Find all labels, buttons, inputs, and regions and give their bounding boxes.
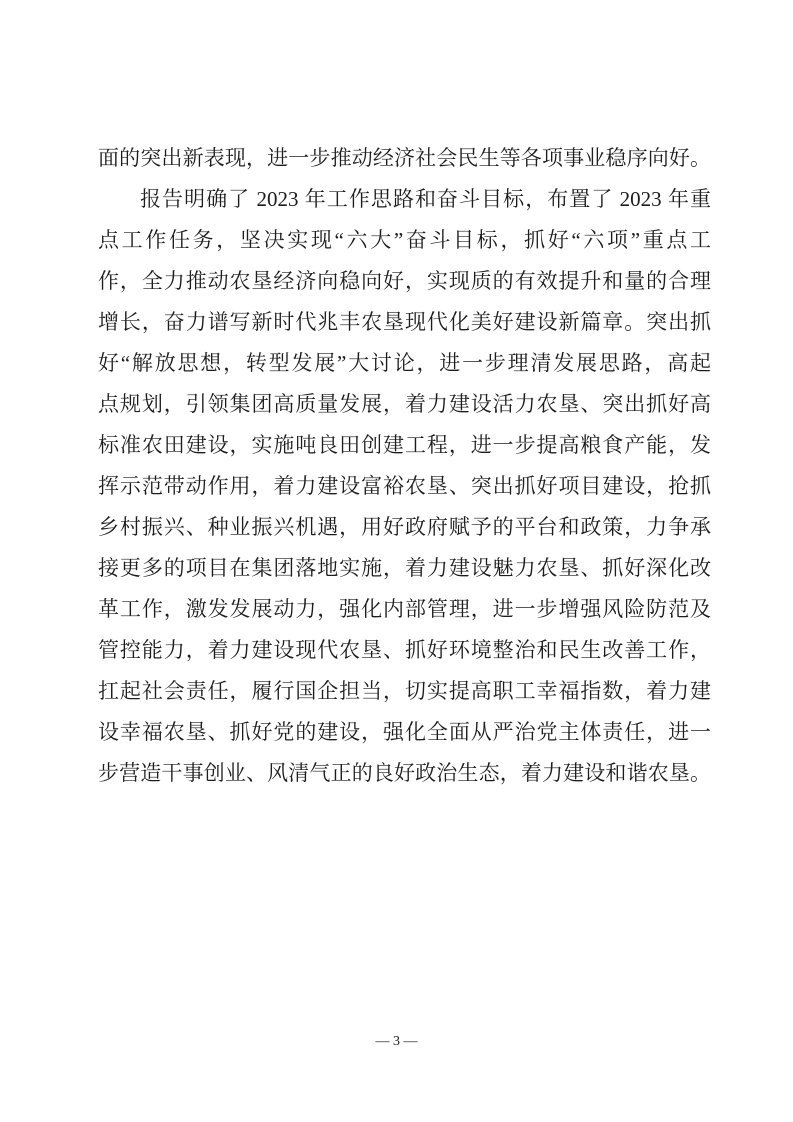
document-body: 面的突出新表现，进一步推动经济社会民生等各项事业稳序向好。 报告明确了 2023… xyxy=(98,138,711,794)
page-number: — 3 — xyxy=(0,1031,793,1053)
text-line: 增长，奋力谱写新时代兆丰农垦现代化美好建设新篇章。突出抓 xyxy=(98,302,711,343)
text-line: 扛起社会责任，履行国企担当，切实提高职工幸福指数，着力建 xyxy=(98,671,711,712)
text-line-paragraph-start: 报告明确了 2023 年工作思路和奋斗目标，布置了 2023 年重 xyxy=(98,179,711,220)
text-line: 步营造干事创业、风清气正的良好政治生态，着力建设和谐农垦。 xyxy=(98,753,711,794)
text-line: 作，全力推动农垦经济向稳向好，实现质的有效提升和量的合理 xyxy=(98,261,711,302)
text-line: 革工作，激发发展动力，强化内部管理，进一步增强风险防范及 xyxy=(98,589,711,630)
document-page: 面的突出新表现，进一步推动经济社会民生等各项事业稳序向好。 报告明确了 2023… xyxy=(0,0,793,1122)
text-line: 标准农田建设，实施吨良田创建工程，进一步提高粮食产能，发 xyxy=(98,425,711,466)
text-line: 乡村振兴、种业振兴机遇，用好政府赋予的平台和政策，力争承 xyxy=(98,507,711,548)
text-line: 管控能力，着力建设现代农垦、抓好环境整治和民生改善工作， xyxy=(98,630,711,671)
text-line: 设幸福农垦、抓好党的建设，强化全面从严治党主体责任，进一 xyxy=(98,712,711,753)
text-line: 好“解放思想，转型发展”大讨论，进一步理清发展思路，高起 xyxy=(98,343,711,384)
text-line: 面的突出新表现，进一步推动经济社会民生等各项事业稳序向好。 xyxy=(98,138,711,179)
text-line: 点工作任务，坚决实现“六大”奋斗目标，抓好“六项”重点工 xyxy=(98,220,711,261)
text-line: 点规划，引领集团高质量发展，着力建设活力农垦、突出抓好高 xyxy=(98,384,711,425)
text-line: 接更多的项目在集团落地实施，着力建设魅力农垦、抓好深化改 xyxy=(98,548,711,589)
text-line: 挥示范带动作用，着力建设富裕农垦、突出抓好项目建设，抢抓 xyxy=(98,466,711,507)
